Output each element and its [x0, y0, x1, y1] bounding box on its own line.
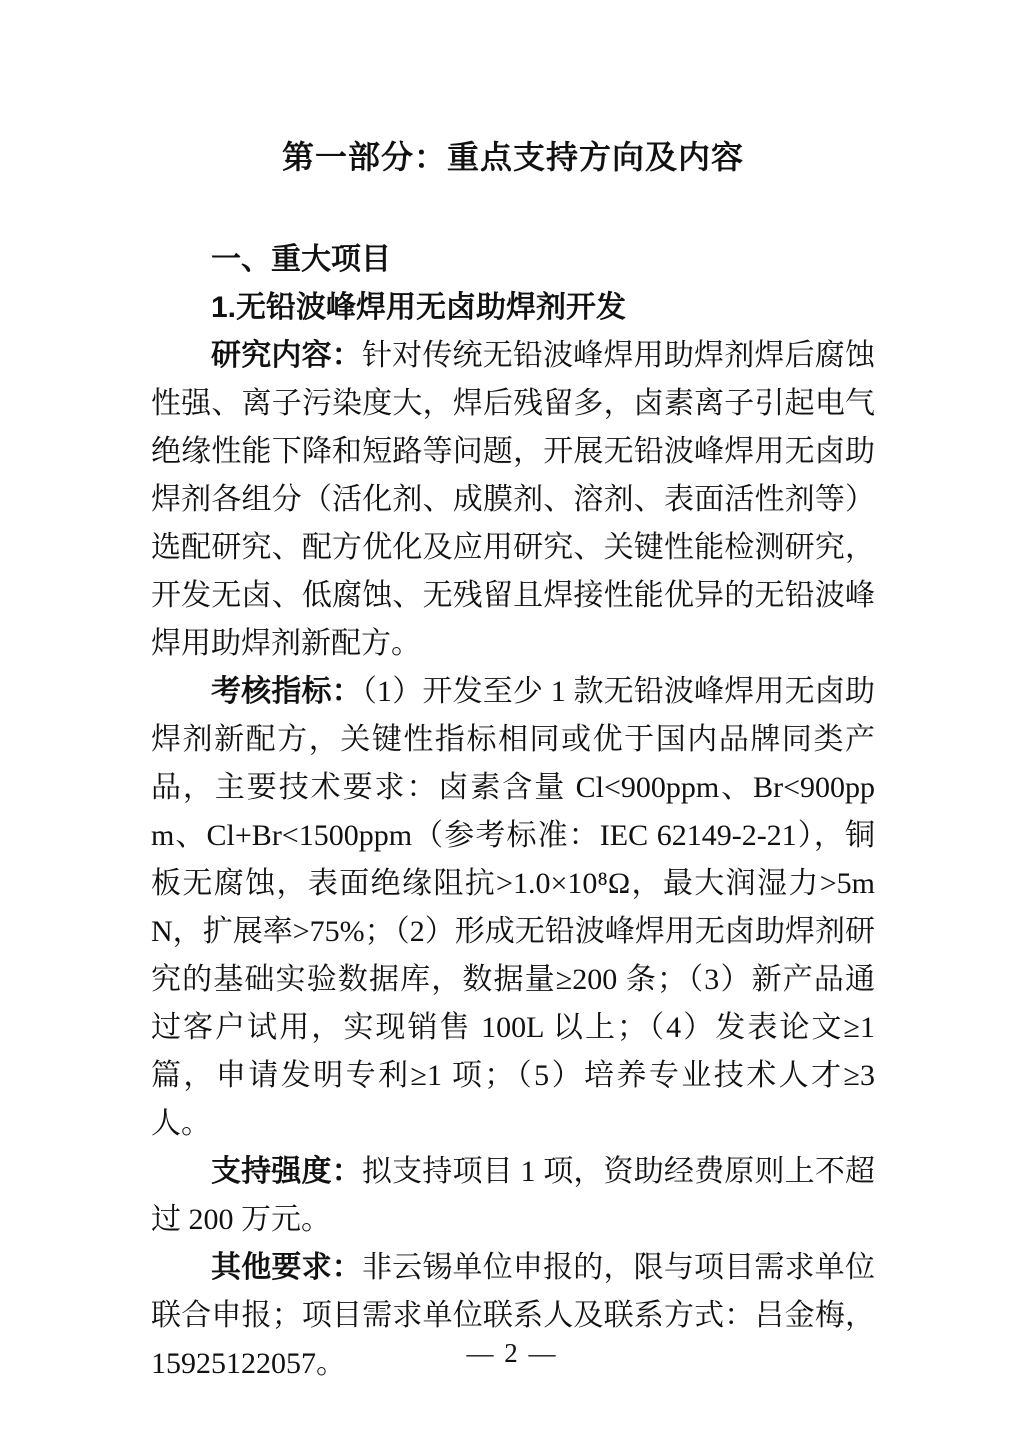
document-body: 研究内容：针对传统无铅波峰焊用助焊剂焊后腐蚀性强、离子污染度大，焊后残留多，卤素…	[151, 332, 875, 1388]
paragraph-assessment-indicators: 考核指标：（1）开发至少 1 款无铅波峰焊用无卤助焊剂新配方，关键性指标相同或优…	[151, 668, 875, 1148]
page-number: — 2 —	[0, 1336, 1024, 1370]
item-heading: 1.无铅波峰焊用无卤助焊剂开发	[151, 284, 875, 332]
paragraph-research-content: 研究内容：针对传统无铅波峰焊用助焊剂焊后腐蚀性强、离子污染度大，焊后残留多，卤素…	[151, 332, 875, 668]
paragraph-label-research-content: 研究内容：	[211, 339, 362, 372]
document-page: 第一部分：重点支持方向及内容 一、重大项目 1.无铅波峰焊用无卤助焊剂开发 研究…	[0, 0, 1024, 1448]
paragraph-label-other-requirements: 其他要求：	[211, 1251, 362, 1284]
paragraph-text-research-content: 针对传统无铅波峰焊用助焊剂焊后腐蚀性强、离子污染度大，焊后残留多，卤素离子引起电…	[151, 339, 875, 660]
paragraph-label-support-strength: 支持强度：	[211, 1155, 362, 1188]
paragraph-support-strength: 支持强度：拟支持项目 1 项，资助经费原则上不超过 200 万元。	[151, 1148, 875, 1244]
page-title: 第一部分：重点支持方向及内容	[151, 0, 875, 180]
paragraph-text-assessment-indicators: （1）开发至少 1 款无铅波峰焊用无卤助焊剂新配方，关键性指标相同或优于国内品牌…	[151, 675, 875, 1140]
paragraph-label-assessment-indicators: 考核指标：	[211, 675, 362, 708]
section-heading: 一、重大项目	[151, 236, 875, 284]
